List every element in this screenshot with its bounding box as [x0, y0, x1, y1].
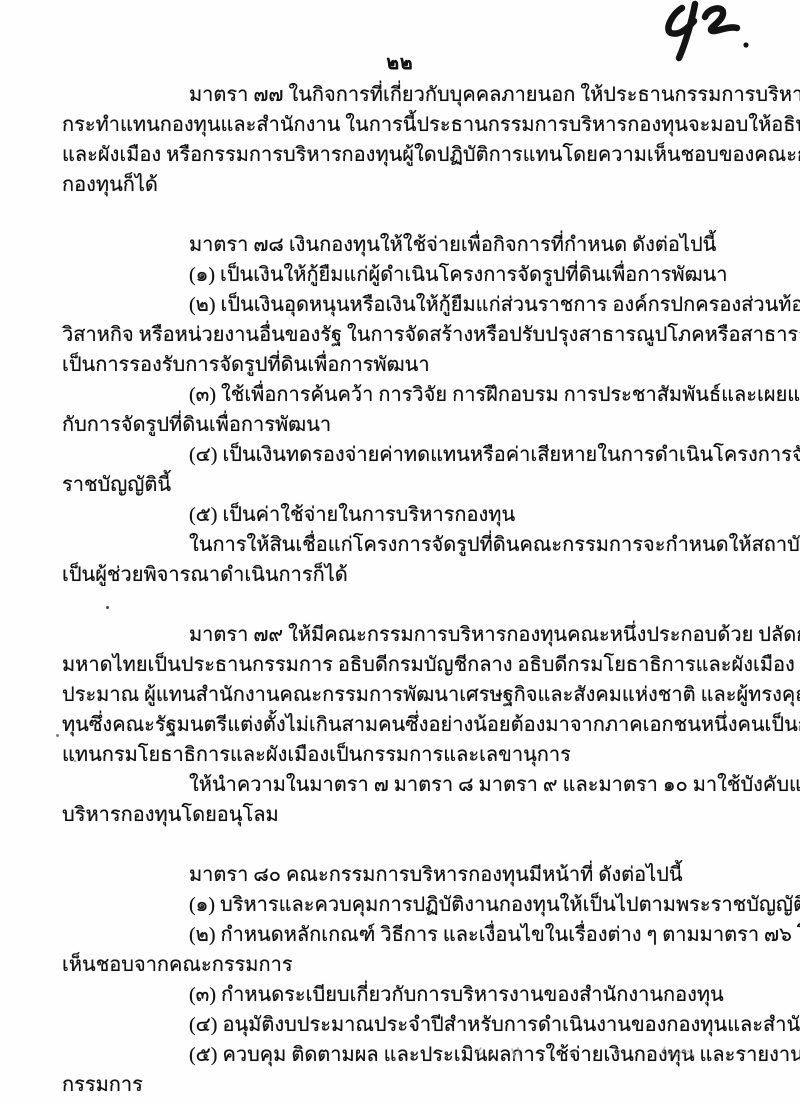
ink-speck [74, 760, 76, 762]
scanned-document-page: 42. ๒๒ มาตรา ๗๗ ในกิจการที่เกี่ยวกับบุคค… [0, 0, 800, 1103]
text-line: ประมาณ ผู้แทนสำนักงานคณะกรรมการพัฒนาเศรษ… [62, 680, 746, 710]
text-line: (๕) เป็นค่าใช้จ่ายในการบริหารกองทุน [62, 500, 746, 530]
text-line: มาตรา ๗๗ ในกิจการที่เกี่ยวกับบุคคลภายนอก… [62, 80, 746, 110]
text-line: มาตรา ๗๙ ให้มีคณะกรรมการบริหารกองทุนคณะห… [62, 620, 746, 650]
text-line: เป็นการรองรับการจัดรูปที่ดินเพื่อการพัฒน… [62, 350, 746, 380]
faint-pencil-marks [466, 1042, 710, 1062]
text-line: (๓) กำหนดระเบียบเกี่ยวกับการบริหารงานของ… [62, 980, 746, 1010]
text-line: (๔) อนุมัติงบประมาณประจำปีสำหรับการดำเนิ… [62, 1010, 746, 1040]
text-line: (๑) เป็นเงินให้กู้ยืมแก่ผู้ดำเนินโครงการ… [62, 260, 746, 290]
text-line: (๔) เป็นเงินทดรองจ่ายค่าทดแทนหรือค่าเสีย… [62, 440, 746, 470]
text-line: บริหารกองทุนโดยอนุโลม [62, 800, 746, 830]
document-body: มาตรา ๗๗ ในกิจการที่เกี่ยวกับบุคคลภายนอก… [62, 80, 746, 1100]
text-line: (๒) เป็นเงินอุดหนุนหรือเงินให้กู้ยืมแก่ส… [62, 290, 746, 320]
text-line: (๓) ใช้เพื่อการค้นคว้า การวิจัย การฝึกอบ… [62, 380, 746, 410]
text-line: ในการให้สินเชื่อแก่โครงการจัดรูปที่ดินคณ… [62, 530, 746, 560]
text-line: มหาดไทยเป็นประธานกรรมการ อธิบดีกรมบัญชีก… [62, 650, 746, 680]
ink-speck [106, 606, 109, 609]
text-line: ให้นำความในมาตรา ๗ มาตรา ๘ มาตรา ๙ และมา… [62, 770, 746, 800]
text-line: ราชบัญญัตินี้ [62, 470, 746, 500]
text-line: กรรมการ [62, 1070, 746, 1100]
text-line: กองทุนก็ได้ [62, 170, 746, 200]
text-line: (๑) บริหารและควบคุมการปฏิบัติงานกองทุนให… [62, 890, 746, 920]
text-line: แทนกรมโยธาธิการและผังเมืองเป็นกรรมการและ… [62, 740, 746, 770]
page-number: ๒๒ [0, 48, 800, 78]
text-line: มาตรา ๘๐ คณะกรรมการบริหารกองทุนมีหน้าที่… [62, 860, 746, 890]
text-line: เป็นผู้ช่วยพิจารณาดำเนินการก็ได้ [62, 560, 746, 590]
text-line: กับการจัดรูปที่ดินเพื่อการพัฒนา [62, 410, 746, 440]
text-line: มาตรา ๗๘ เงินกองทุนให้ใช้จ่ายเพื่อกิจการ… [62, 230, 746, 260]
ink-speck [56, 734, 59, 737]
text-line: วิสาหกิจ หรือหน่วยงานอื่นของรัฐ ในการจัด… [62, 320, 746, 350]
text-line: และผังเมือง หรือกรรมการบริหารกองทุนผู้ใด… [62, 140, 746, 170]
text-line: เห็นชอบจากคณะกรรมการ [62, 950, 746, 980]
text-line: ทุนซึ่งคณะรัฐมนตรีแต่งตั้งไม่เกินสามคนซึ… [62, 710, 746, 740]
text-line: (๒) กำหนดหลักเกณฑ์ วิธีการ และเงื่อนไขใน… [62, 920, 746, 950]
text-line: กระทำแทนกองทุนและสำนักงาน ในการนี้ประธาน… [62, 110, 746, 140]
